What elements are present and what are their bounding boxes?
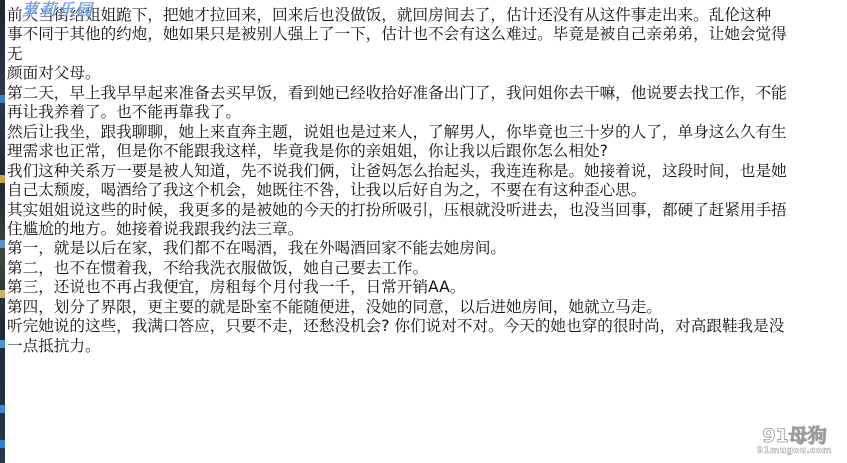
text-line: 第二天，早上我早早起来准备去买早饭，看到她已经收拾好准备出门了，我问姐你去干嘛，… [7,84,797,103]
text-line: 颜面对父母。 [7,64,797,83]
text-line: 第二，也不在惯着我，不给我洗衣服做饭，她自己要去工作。 [7,259,797,278]
watermark-bottom-right: 91母狗 91mugou.com [757,421,832,456]
taskbar-icon [0,290,5,298]
text-line: 然后让我坐，跟我聊聊，她上来直奔主题，说姐也是过来人，了解男人，你毕竟也三十岁的… [7,123,797,142]
text-line: 其实姐姐说这些的时候，我更多的是被她的今天的打扮所吸引，压根就没听进去，也没当回… [7,201,797,220]
text-line: 第三，还说也不再占我便宜，房租每个月付我一千，日常开销AA。 [7,278,797,297]
text-line: 住尴尬的地方。她接着说我跟我约法三章。 [7,220,797,239]
taskbar-icon [0,440,5,448]
watermark-url: 91mugou.com [757,446,832,456]
window-edge-strip [0,0,5,463]
taskbar-icon [0,175,5,183]
text-line: 我们这种关系万一要是被人知道，先不说我们俩，让爸妈怎么抬起头，我连连称是。她接着… [7,162,797,181]
text-line: 再让我养着了。也不能再靠我了。 [7,103,797,122]
text-line: 第一，就是以后在家，我们都不在喝酒，我在外喝酒回家不能去她房间。 [7,239,797,258]
text-line: 事不同于其他的约炮，她如果只是被别人强上了一下，估计也不会有这么难过。毕竟是被自… [7,25,797,64]
taskbar-icon [0,95,5,103]
taskbar-icon [0,340,5,348]
taskbar-icon [0,405,5,413]
text-line: 听完她说的这些，我满口答应，只要不走，还愁没机会? 你们说对不对。今天的她也穿的… [7,317,797,336]
article-body: 前天当街给姐姐跪下，把她才拉回来，回来后也没做饭，就回房间去了，估计还没有从这件… [7,6,797,356]
text-line: 自己太颓废，喝酒给了我这个机会，她既往不咎，让我以后好自为之，不要在有这种歪心思… [7,181,797,200]
taskbar-icon [0,240,5,248]
watermark-top-left-url: LOLIYUAN.COM [22,14,95,23]
watermark-title: 91母狗 [757,421,832,448]
text-line: 前天当街给姐姐跪下，把她才拉回来，回来后也没做饭，就回房间去了，估计还没有从这件… [7,6,797,25]
text-line: 第四，划分了界限，更主要的就是卧室不能随便进，没她的同意，以后进她房间，她就立马… [7,298,797,317]
text-line: 一点抵抗力。 [7,337,797,356]
text-line: 理需求也正常，但是你不能跟我这样，毕竟我是你的亲姐姐，你让我以后跟你怎么相处? [7,142,797,161]
